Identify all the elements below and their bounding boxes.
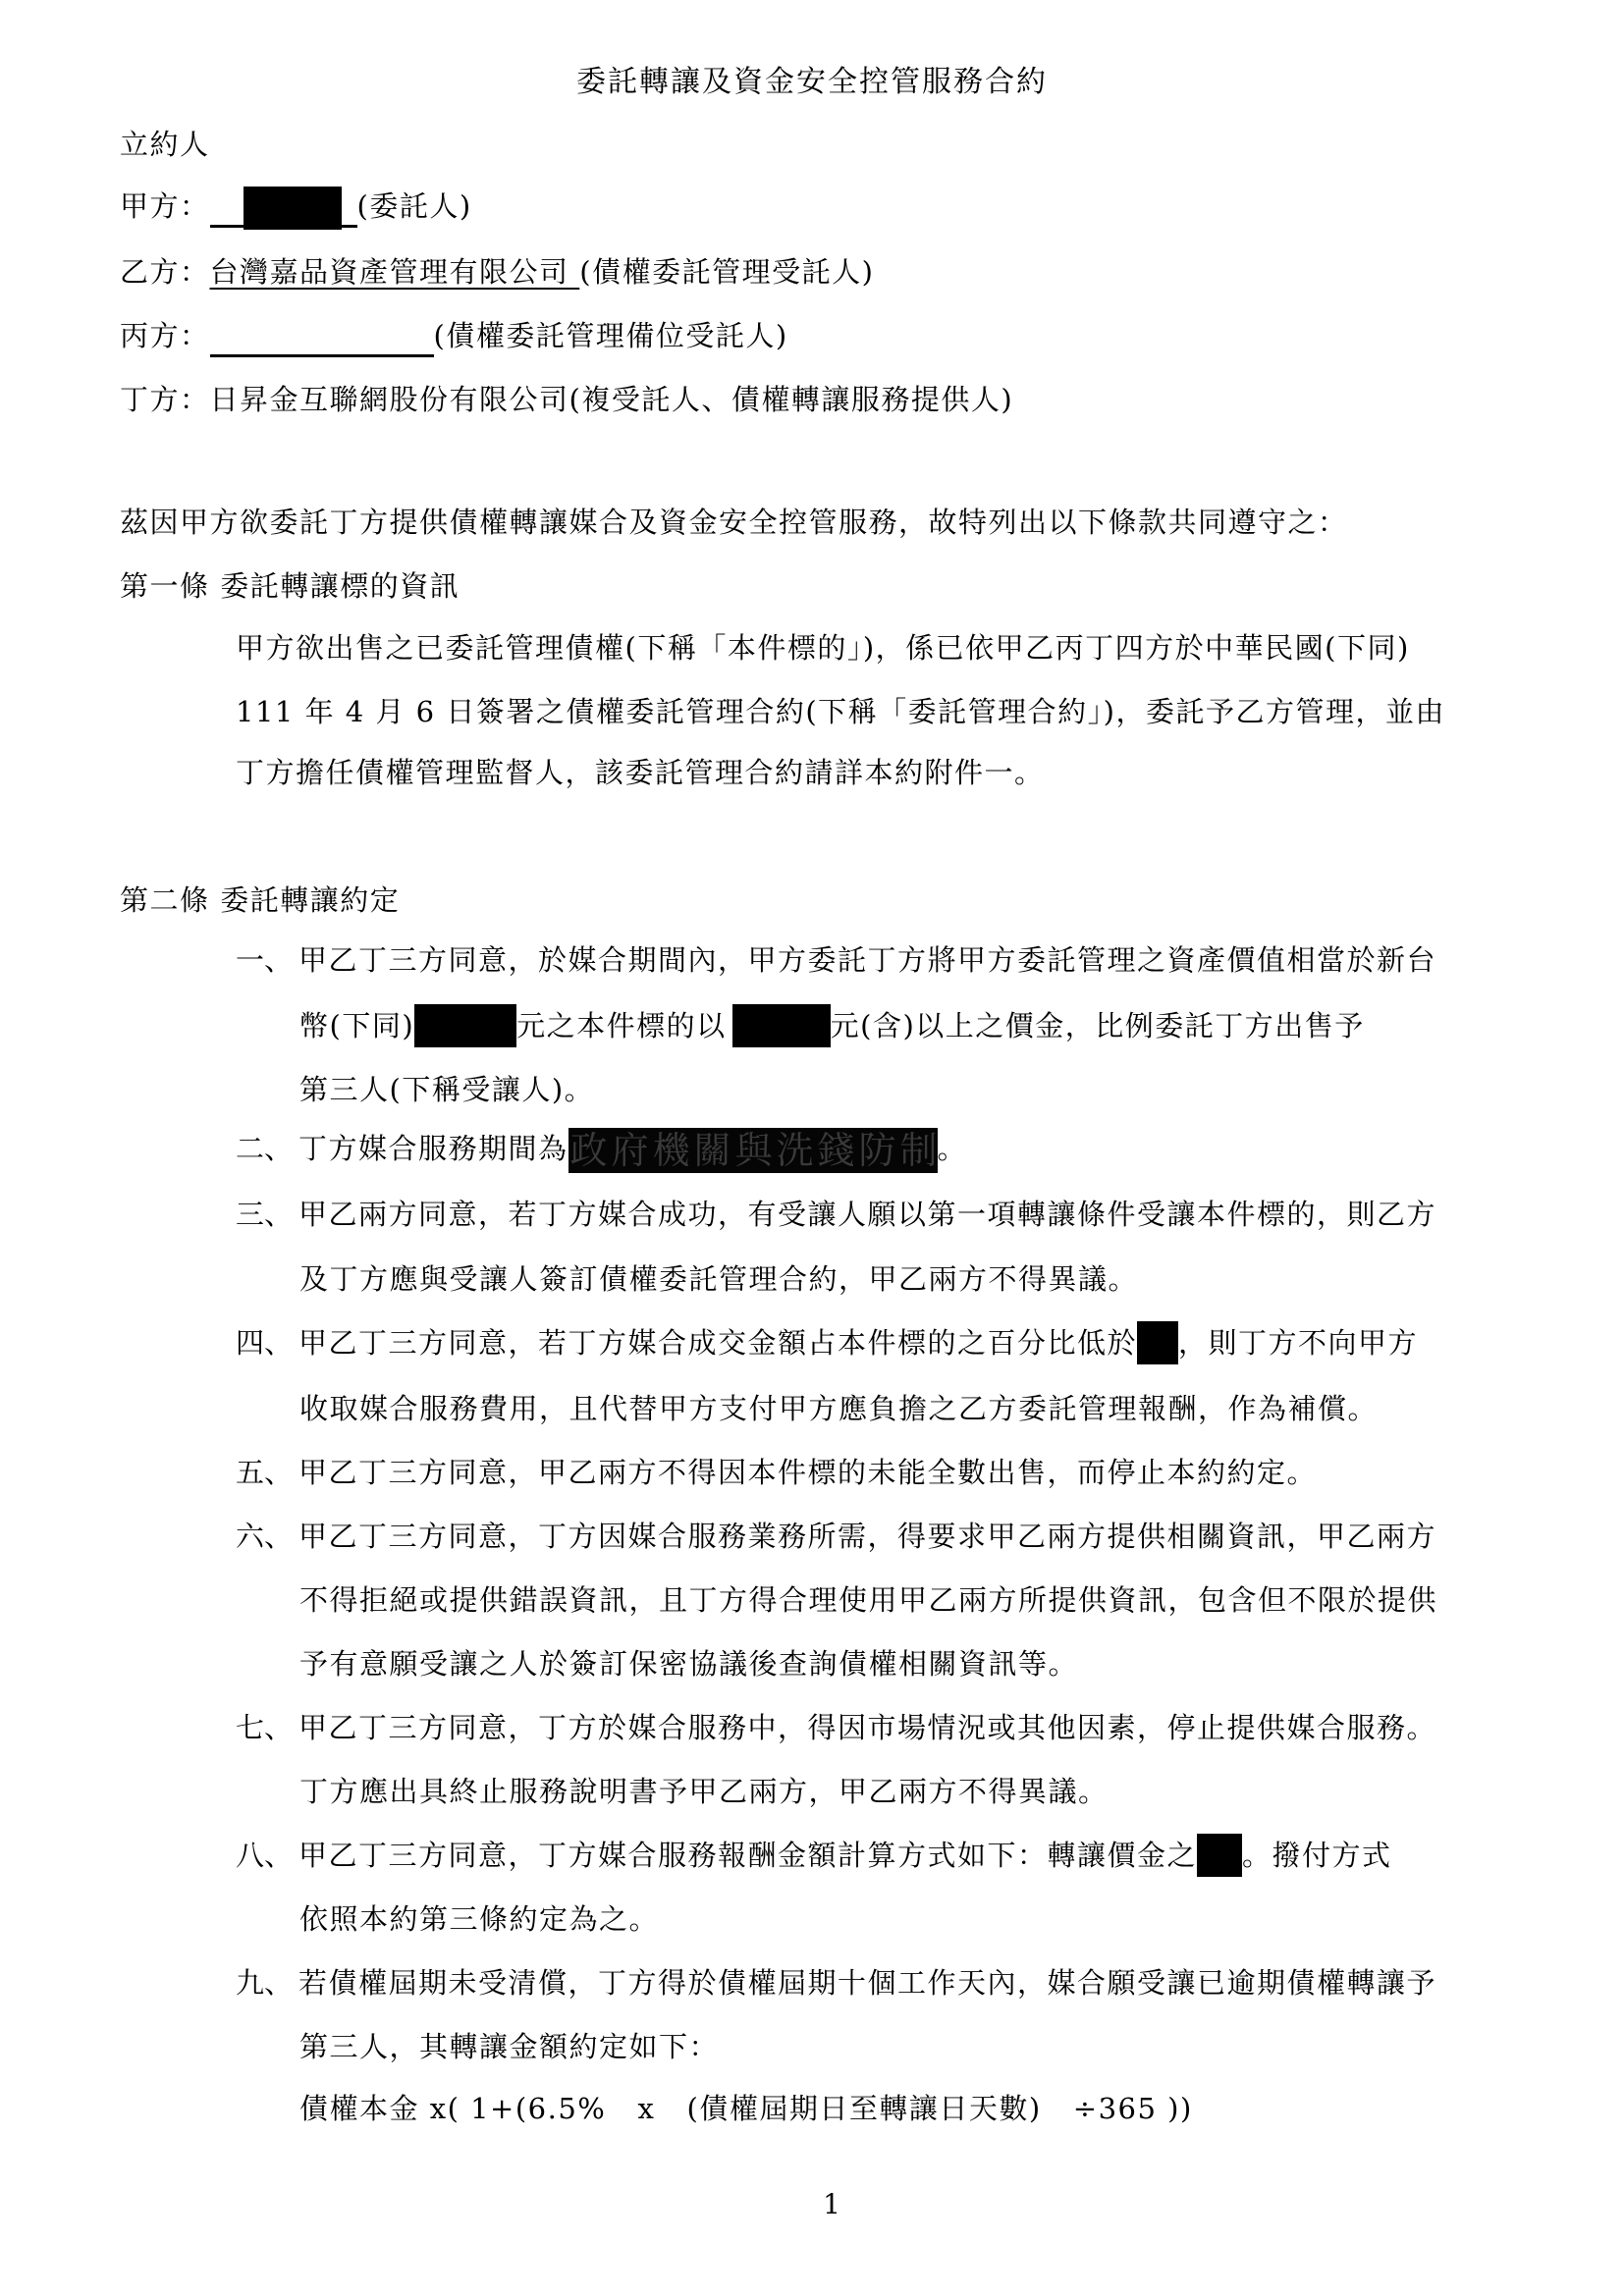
item-7-line-2: 丁方應出具終止服務說明書予甲乙兩方，甲乙兩方不得異議。 [299, 1770, 1109, 1813]
article-1-heading: 第一條 委託轉讓標的資訊 [120, 564, 460, 608]
article-2-item-3: 三、 甲乙兩方同意，若丁方媒合成功，有受讓人願以第一項轉讓條件受讓本件標的，則乙… [236, 1193, 1534, 1236]
service-period-label: 丁方媒合服務期間為 [298, 1132, 568, 1165]
article-2-item-8: 八、 甲乙丁三方同意，丁方媒合服務報酬金額計算方式如下：轉讓價金之。撥付方式 [236, 1834, 1534, 1877]
item-6-line-3: 予有意願受讓之人於簽訂保密協議後查詢債權相關資訊等。 [299, 1642, 1078, 1685]
item-marker: 二、 [236, 1127, 298, 1170]
item-marker: 四、 [236, 1321, 298, 1364]
preamble: 茲因甲方欲委託丁方提供債權轉讓媒合及資金安全控管服務，故特列出以下條款共同遵守之… [120, 501, 1348, 544]
item-marker: 八、 [236, 1834, 298, 1877]
item-4-line-2: 收取媒合服務費用，且代替甲方支付甲方應負擔之乙方委託管理報酬，作為補償。 [299, 1387, 1378, 1430]
parties-heading: 立約人 [120, 123, 210, 166]
document-title: 委託轉讓及資金安全控管服務合約 [0, 61, 1624, 104]
page-number: 1 [0, 2185, 1624, 2224]
item-text: 甲乙兩方同意，若丁方媒合成功，有受讓人願以第一項轉讓條件受讓本件標的，則乙方 [298, 1193, 1534, 1236]
item-marker: 五、 [236, 1451, 298, 1494]
item-text: 丁方媒合服務期間為政府機關與洗錢防制。 [298, 1127, 1534, 1170]
item-text: 甲乙丁三方同意，丁方因媒合服務業務所需，得要求甲乙兩方提供相關資訊，甲乙兩方 [298, 1515, 1534, 1558]
item-text: 甲乙丁三方同意，丁方於媒合服務中，得因市場情況或其他因素，停止提供媒合服務。 [298, 1706, 1534, 1749]
item-text: 甲乙丁三方同意，於媒合期間內，甲方委託丁方將甲方委託管理之資產價值相當於新台 [298, 938, 1534, 982]
article-1-line: 111 年 4 月 6 日簽署之債權委託管理合約(下稱「委託管理合約」)，委託予… [236, 690, 1445, 733]
article-1-line: 甲方欲出售之已委託管理債權(下稱「本件標的」)，係已依甲乙丙丁四方於中華民國(下… [236, 626, 1410, 669]
sale-price-redaction [732, 1004, 831, 1047]
party-c-row: 丙方：(債權委託管理備位受託人) [120, 314, 788, 357]
item-text: 甲乙丁三方同意，甲乙兩方不得因本件標的未能全數出售，而停止本約約定。 [298, 1451, 1534, 1494]
article-2-heading: 第二條 委託轉讓約定 [120, 879, 400, 922]
party-a-underline-left [210, 191, 244, 228]
period-suffix: 。 [938, 1132, 968, 1165]
article-2-item-7: 七、 甲乙丁三方同意，丁方於媒合服務中，得因市場情況或其他因素，停止提供媒合服務… [236, 1706, 1534, 1749]
fee-rate-redaction [1197, 1834, 1242, 1877]
party-d-name: 日昇金互聯網股份有限公司 [210, 383, 569, 416]
item-8-line-2: 依照本約第三條約定為之。 [299, 1897, 659, 1941]
transfer-amount-formula: 債權本金 x( 1+(6.5% x (債權屆期日至轉讓日天數) ÷365 )) [299, 2087, 1193, 2130]
item-1-line-2: 幣(下同)元之本件標的以元(含)以上之價金，比例委託丁方出售予 [299, 1004, 1365, 1047]
article-2-item-6: 六、 甲乙丁三方同意，丁方因媒合服務業務所需，得要求甲乙兩方提供相關資訊，甲乙兩… [236, 1515, 1534, 1558]
party-b-label: 乙方： [120, 255, 210, 289]
document-page: 委託轉讓及資金安全控管服務合約 立約人 甲方：(委託人) 乙方：台灣嘉品資產管理… [0, 0, 1624, 2296]
article-2-item-4: 四、 甲乙丁三方同意，若丁方媒合成交金額占本件標的之百分比低於，則丁方不向甲方 [236, 1321, 1534, 1364]
party-a-name-redaction [244, 187, 342, 230]
item-3-line-2: 及丁方應與受讓人簽訂債權委託管理合約，甲乙兩方不得異議。 [299, 1257, 1138, 1301]
item-6-line-2: 不得拒絕或提供錯誤資訊，且丁方得合理使用甲乙兩方所提供資訊，包含但不限於提供 [299, 1578, 1437, 1622]
party-a-underline-right [342, 191, 357, 228]
party-c-name-blank [210, 321, 434, 357]
service-period-redaction: 政府機關與洗錢防制 [568, 1128, 938, 1173]
item-4-text-part: ，則丁方不向甲方 [1178, 1326, 1418, 1360]
party-b-row: 乙方：台灣嘉品資產管理有限公司 (債權委託管理受託人) [120, 250, 874, 294]
article-2-item-2: 二、 丁方媒合服務期間為政府機關與洗錢防制。 [236, 1127, 1534, 1170]
article-2-item-5: 五、 甲乙丁三方同意，甲乙兩方不得因本件標的未能全數出售，而停止本約約定。 [236, 1451, 1534, 1494]
party-d-role: (複受託人、債權轉讓服務提供人) [569, 383, 1014, 416]
party-d-label: 丁方： [120, 383, 210, 416]
party-c-role: (債權委託管理備位受託人) [434, 319, 788, 352]
item-4-text-part: 甲乙丁三方同意，若丁方媒合成交金額占本件標的之百分比低於 [298, 1326, 1137, 1360]
item-1-text-part: 元(含)以上之價金，比例委託丁方出售予 [831, 1009, 1365, 1042]
item-8-text-part: 甲乙丁三方同意，丁方媒合服務報酬金額計算方式如下：轉讓價金之 [298, 1839, 1197, 1872]
item-text: 若債權屆期未受清償，丁方得於債權屆期十個工作天內，媒合願受讓已逾期債權轉讓予 [298, 1961, 1534, 2004]
asset-value-redaction [414, 1004, 516, 1047]
item-1-text-part: 元之本件標的以 [516, 1009, 727, 1042]
item-text: 甲乙丁三方同意，若丁方媒合成交金額占本件標的之百分比低於，則丁方不向甲方 [298, 1321, 1534, 1364]
party-a-label: 甲方： [120, 189, 210, 223]
item-8-text-part: 。撥付方式 [1242, 1839, 1392, 1872]
item-marker: 三、 [236, 1193, 298, 1236]
party-d-row: 丁方：日昇金互聯網股份有限公司(複受託人、債權轉讓服務提供人) [120, 378, 1013, 421]
party-b-role: (債權委託管理受託人) [579, 255, 874, 289]
party-a-role: (委託人) [357, 189, 472, 223]
item-1-text-part: 幣(下同) [299, 1009, 414, 1042]
item-marker: 一、 [236, 938, 298, 982]
party-c-label: 丙方： [120, 319, 210, 352]
party-b-name: 台灣嘉品資產管理有限公司 [210, 255, 580, 289]
article-1-line: 丁方擔任債權管理監督人，該委託管理合約請詳本約附件一。 [236, 751, 1045, 794]
article-2-item-1: 一、 甲乙丁三方同意，於媒合期間內，甲方委託丁方將甲方委託管理之資產價值相當於新… [236, 938, 1534, 982]
item-marker: 九、 [236, 1961, 298, 2004]
item-marker: 七、 [236, 1706, 298, 1749]
item-marker: 六、 [236, 1515, 298, 1558]
party-a-row: 甲方：(委託人) [120, 185, 472, 228]
item-text: 甲乙丁三方同意，丁方媒合服務報酬金額計算方式如下：轉讓價金之。撥付方式 [298, 1834, 1534, 1877]
item-9-line-2: 第三人，其轉讓金額約定如下： [299, 2025, 719, 2068]
article-2-item-9: 九、 若債權屆期未受清償，丁方得於債權屆期十個工作天內，媒合願受讓已逾期債權轉讓… [236, 1961, 1534, 2004]
item-1-line-3: 第三人(下稱受讓人)。 [299, 1068, 594, 1111]
percentage-threshold-redaction [1137, 1321, 1178, 1364]
